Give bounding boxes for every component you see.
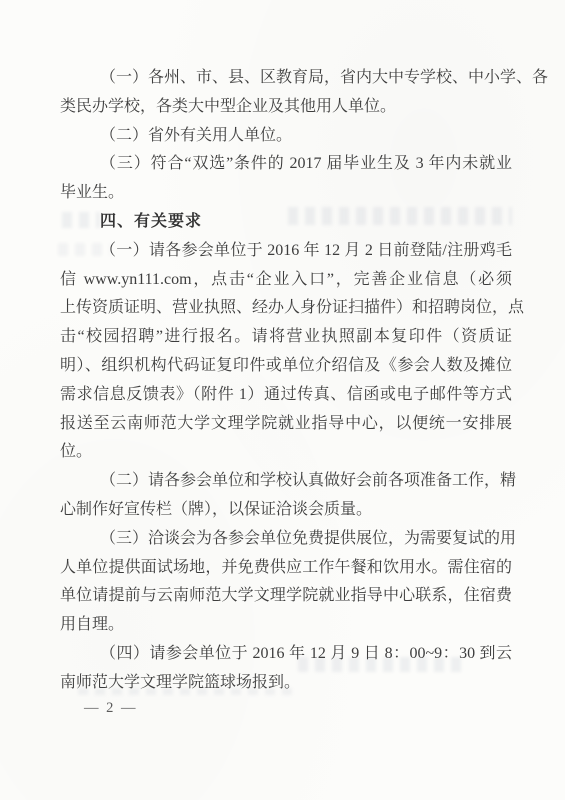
- document-body: （一）各州、市、县、区教育局，省内大中专学校、中小学、各类民办学校，各类大中型企…: [60, 64, 512, 698]
- document-page: （一）各州、市、县、区教育局，省内大中专学校、中小学、各类民办学校，各类大中型企…: [0, 0, 565, 800]
- section-heading: 四、有关要求: [60, 208, 512, 237]
- text-line: （二）请各参会单位和学校认真做好会前各项准备工作，精: [60, 467, 512, 496]
- text-line: 需求信息反馈表》（附件 1）通过传真、信函或电子邮件等方式: [60, 381, 512, 410]
- text-line: 四、有关要求: [60, 208, 512, 237]
- paragraph: （三）符合“双选”条件的 2017 届毕业生及 3 年内未就业毕业生。: [60, 150, 512, 208]
- paragraph: （二）省外有关用人单位。: [60, 122, 512, 151]
- text-line: 单位请提前与云南师范大学文理学院就业指导中心联系，住宿费: [60, 582, 512, 611]
- text-line: 用自理。: [60, 611, 512, 640]
- text-line: （一）各州、市、县、区教育局，省内大中专学校、中小学、各: [60, 64, 512, 93]
- text-line: 南师范大学文理学院篮球场报到。: [60, 669, 512, 698]
- text-line: （三）洽谈会为各参会单位免费提供展位，为需要复试的用: [60, 525, 512, 554]
- text-line: （二）省外有关用人单位。: [60, 122, 512, 151]
- paragraph: （一）各州、市、县、区教育局，省内大中专学校、中小学、各类民办学校，各类大中型企…: [60, 64, 512, 122]
- text-line: 心制作好宣传栏（牌），以保证洽谈会质量。: [60, 496, 512, 525]
- text-line: 类民办学校，各类大中型企业及其他用人单位。: [60, 93, 512, 122]
- text-line: 击“校园招聘”进行报名。请将营业执照副本复印件（资质证: [60, 323, 512, 352]
- paragraph: （一）请各参会单位于 2016 年 12 月 2 日前登陆/注册鸡毛信 www.…: [60, 237, 512, 467]
- text-line: 人单位提供面试场地，并免费供应工作午餐和饮用水。需住宿的: [60, 554, 512, 583]
- text-line: 毕业生。: [60, 179, 512, 208]
- page-number: — 2 —: [84, 700, 138, 717]
- text-line: 上传资质证明、营业执照、经办人身份证扫描件）和招聘岗位，点: [60, 294, 512, 323]
- paragraph: （四）请参会单位于 2016 年 12 月 9 日 8：00~9：30 到云南师…: [60, 640, 512, 698]
- paragraph: （二）请各参会单位和学校认真做好会前各项准备工作，精心制作好宣传栏（牌），以保证…: [60, 467, 512, 525]
- text-line: 报送至云南师范大学文理学院就业指导中心，以便统一安排展: [60, 410, 512, 439]
- paragraph: （三）洽谈会为各参会单位免费提供展位，为需要复试的用人单位提供面试场地，并免费供…: [60, 525, 512, 640]
- text-line: 明）、组织机构代码证复印件或单位介绍信及《参会人数及摊位: [60, 352, 512, 381]
- text-line: （三）符合“双选”条件的 2017 届毕业生及 3 年内未就业: [60, 150, 512, 179]
- text-line: 位。: [60, 438, 512, 467]
- text-line: （四）请参会单位于 2016 年 12 月 9 日 8：00~9：30 到云: [60, 640, 512, 669]
- text-line: （一）请各参会单位于 2016 年 12 月 2 日前登陆/注册鸡毛: [60, 237, 512, 266]
- text-line: 信 www.yn111.com，点击“企业入口”，完善企业信息（必须: [60, 266, 512, 295]
